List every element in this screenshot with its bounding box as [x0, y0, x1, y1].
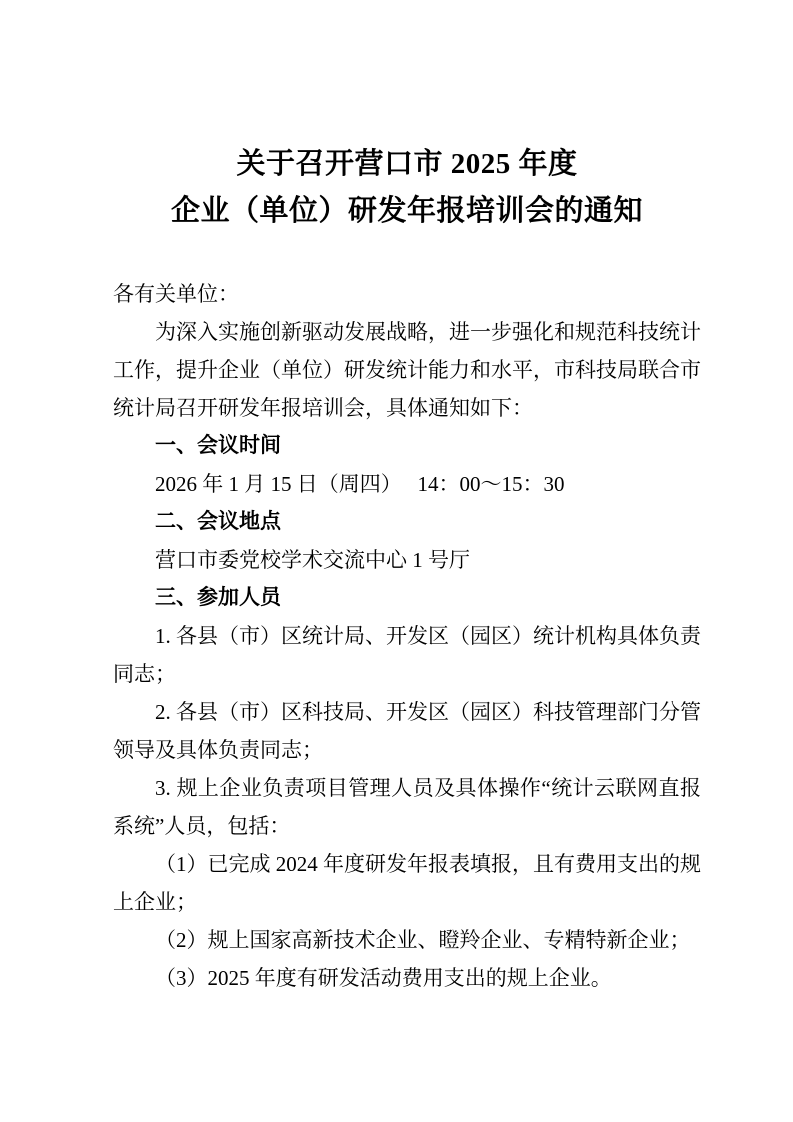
participants-sub-item-1: （1）已完成 2024 年度研发年报表填报，且有费用支出的规上企业； — [113, 845, 701, 921]
intro-paragraph: 为深入实施创新驱动发展战略，进一步强化和规范科技统计工作，提升企业（单位）研发统… — [113, 313, 701, 427]
meeting-time-paragraph: 2026 年 1 月 15 日（周四） 14：00～15：30 — [113, 465, 701, 503]
document-page: 关于召开营口市 2025 年度 企业（单位）研发年报培训会的通知 各有关单位： … — [0, 0, 793, 1122]
section-heading-participants: 三、参加人员 — [113, 579, 701, 617]
document-content: 关于召开营口市 2025 年度 企业（单位）研发年报培训会的通知 各有关单位： … — [113, 141, 701, 997]
participants-item-3: 3. 规上企业负责项目管理人员及具体操作“统计云联网直报系统”人员，包括： — [113, 769, 701, 845]
participants-item-2: 2. 各县（市）区科技局、开发区（园区）科技管理部门分管领导及具体负责同志； — [113, 693, 701, 769]
section-heading-meeting-time: 一、会议时间 — [113, 427, 701, 465]
participants-sub-item-2: （2）规上国家高新技术企业、瞪羚企业、专精特新企业； — [113, 921, 701, 959]
meeting-venue-paragraph: 营口市委党校学术交流中心 1 号厅 — [113, 541, 701, 579]
participants-item-1: 1. 各县（市）区统计局、开发区（园区）统计机构具体负责同志； — [113, 617, 701, 693]
document-title: 关于召开营口市 2025 年度 企业（单位）研发年报培训会的通知 — [113, 141, 701, 235]
salutation: 各有关单位： — [113, 275, 701, 313]
section-heading-meeting-venue: 二、会议地点 — [113, 503, 701, 541]
document-title-line-1: 关于召开营口市 2025 年度 — [113, 141, 701, 188]
participants-sub-item-3: （3）2025 年度有研发活动费用支出的规上企业。 — [113, 959, 701, 997]
document-title-line-2: 企业（单位）研发年报培训会的通知 — [113, 188, 701, 235]
